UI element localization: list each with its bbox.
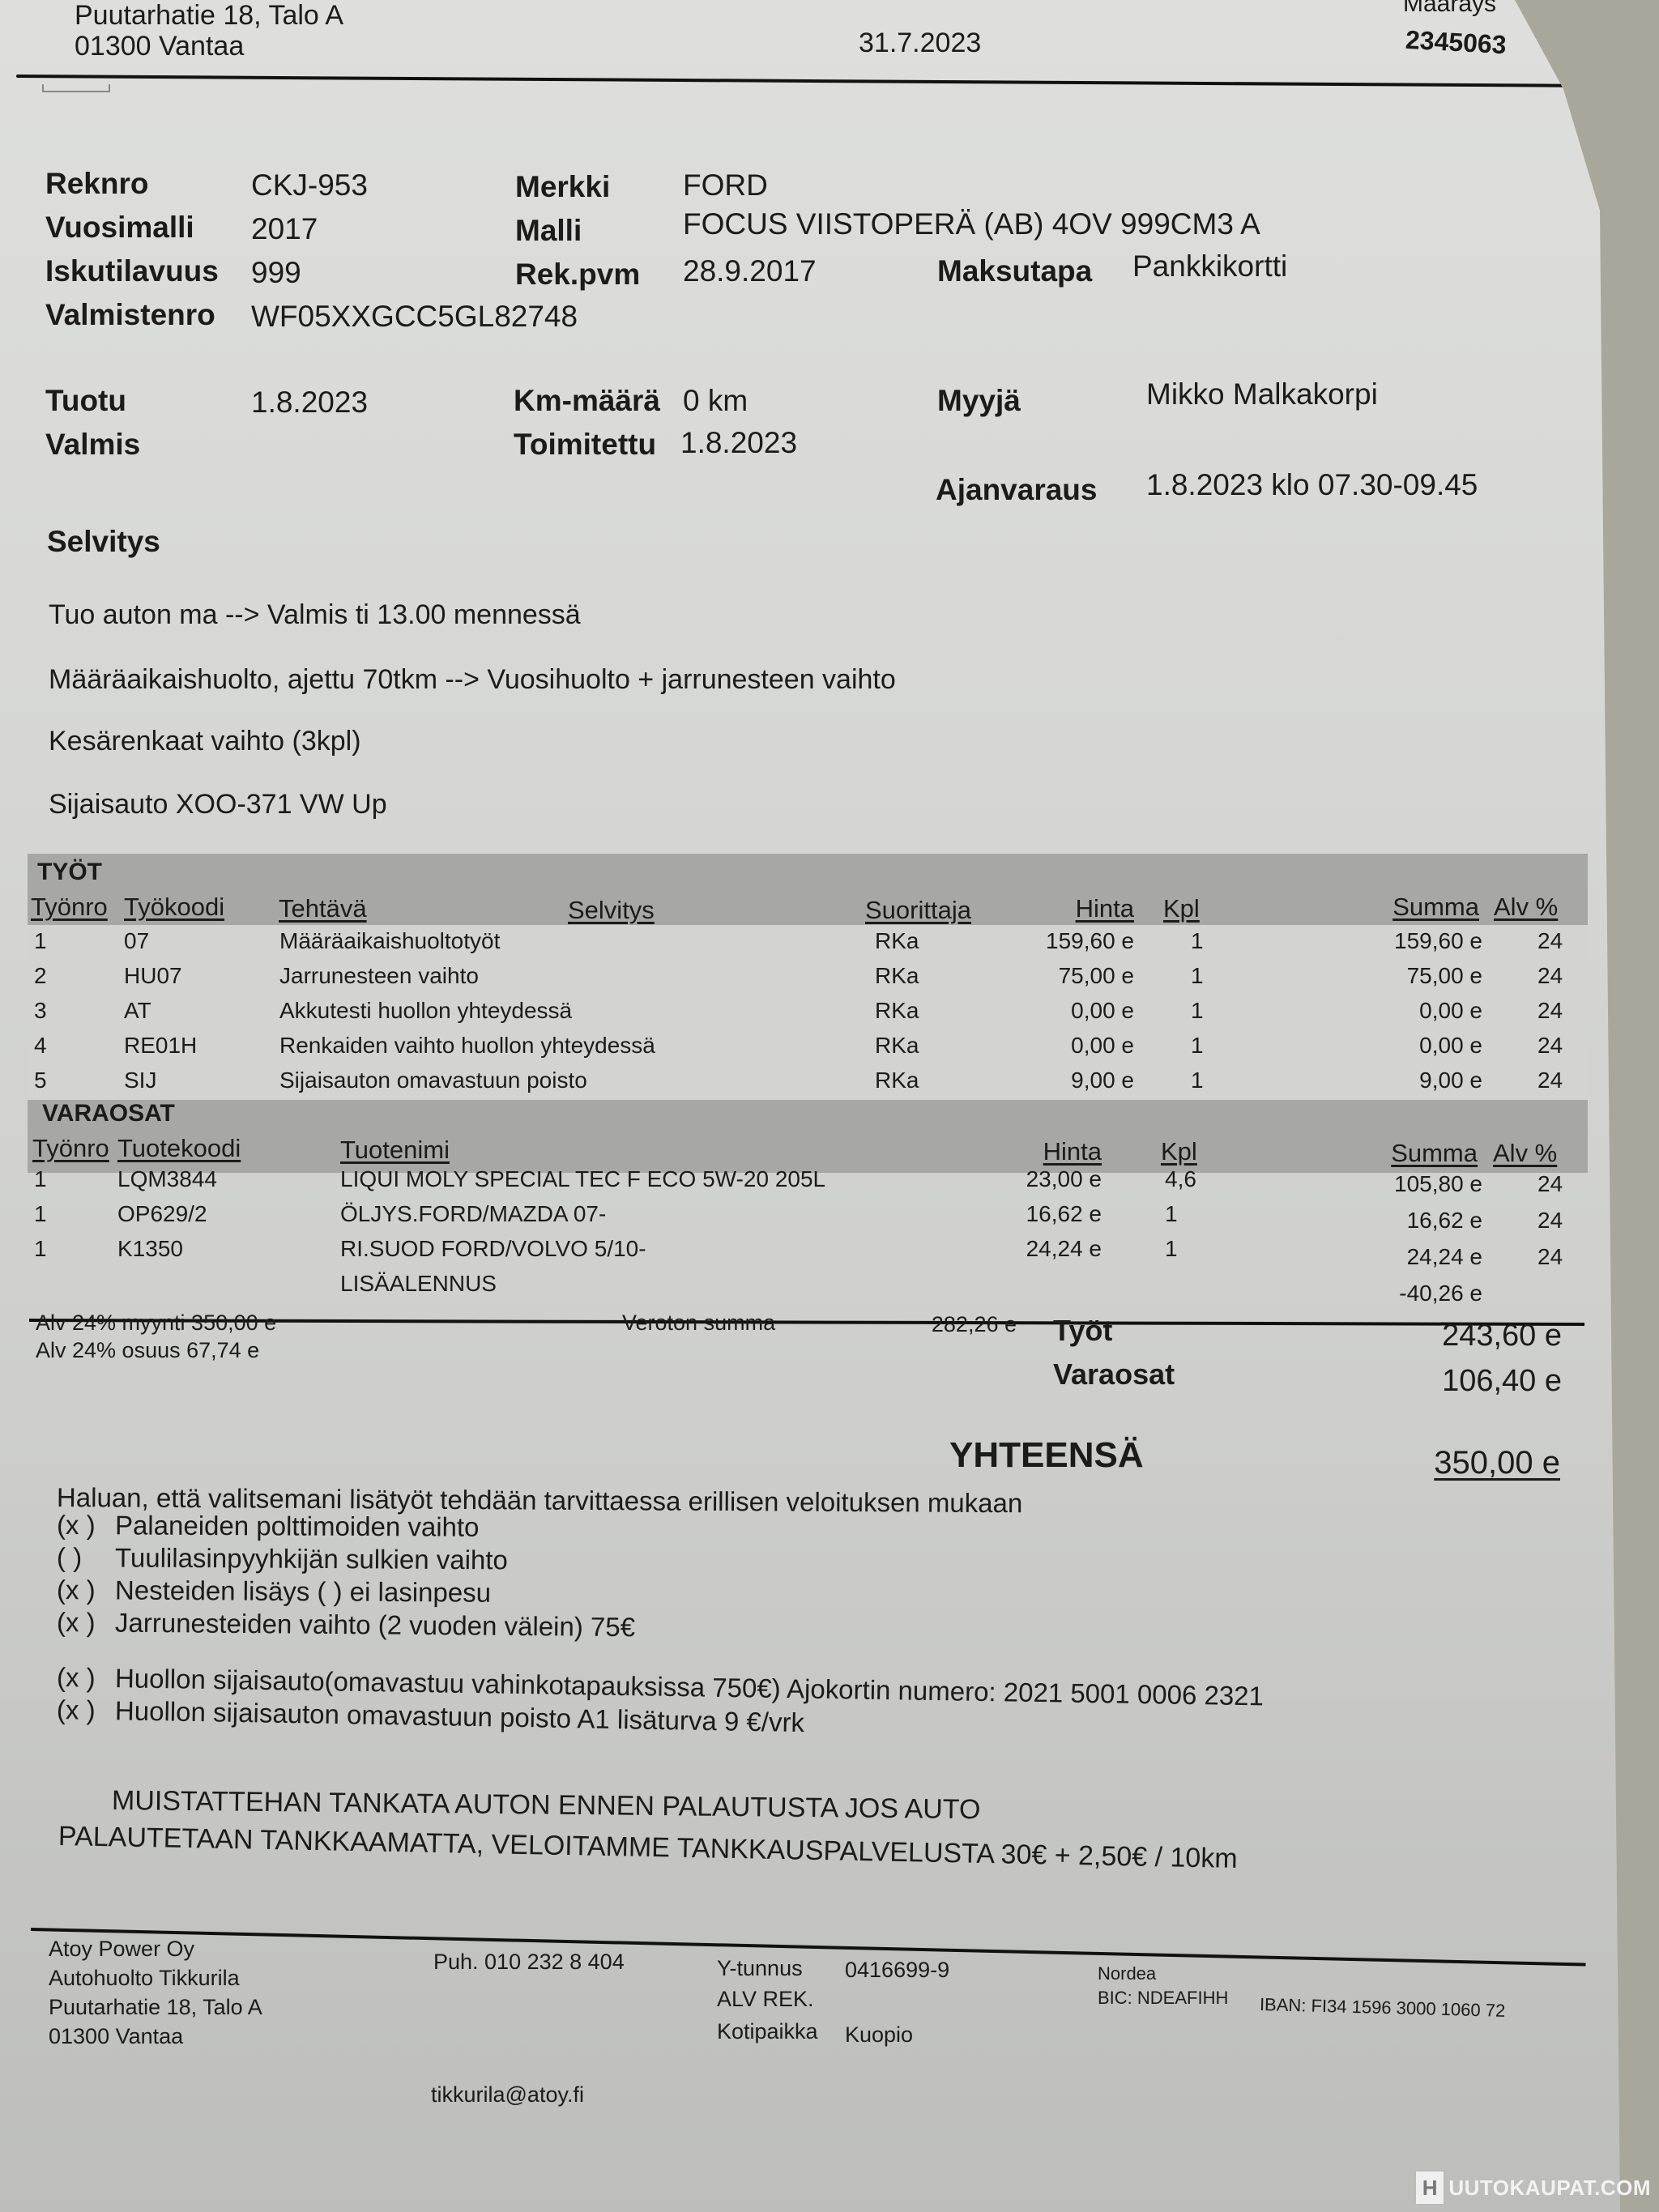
suorittaja-cell: RKa bbox=[875, 928, 919, 954]
koodi-cell: AT bbox=[124, 998, 151, 1024]
varaosat-total-label: Varaosat bbox=[1053, 1357, 1175, 1392]
selvitys-line: Sijaisauto XOO-371 VW Up bbox=[49, 789, 387, 820]
vuosimalli-label: Vuosimalli bbox=[45, 211, 194, 245]
header-address-line1: Puutarhatie 18, Talo A bbox=[75, 0, 343, 31]
varaosat-col-kpl: Kpl bbox=[1161, 1137, 1197, 1166]
varaosat-col-tyonro: Työnro bbox=[32, 1134, 109, 1163]
maksutapa-label: Maksutapa bbox=[937, 254, 1092, 288]
varaosat-section-title: VARAOSAT bbox=[42, 1100, 175, 1127]
valmistenro-value: WF05XXGCC5GL82748 bbox=[251, 300, 578, 334]
tyot-col-kpl: Kpl bbox=[1163, 894, 1200, 923]
koodi-cell: 07 bbox=[124, 928, 149, 954]
hinta-cell: 75,00 e bbox=[972, 963, 1134, 989]
footer-city: 01300 Vantaa bbox=[49, 2022, 262, 2051]
option-item: (x )Nesteiden lisäys ( ) ei lasinpesu bbox=[57, 1575, 491, 1609]
merkki-label: Merkki bbox=[515, 170, 610, 204]
header-address-line2: 01300 Vantaa bbox=[75, 31, 343, 62]
ajanvaraus-label: Ajanvaraus bbox=[936, 473, 1098, 507]
tyot-col-summa: Summa bbox=[1317, 893, 1479, 922]
option-text: Tuulilasinpyyhkijän sulkien vaihto bbox=[115, 1542, 508, 1575]
option-checkbox[interactable]: ( ) bbox=[57, 1542, 115, 1573]
alv-cell: 24 bbox=[1537, 1068, 1563, 1093]
footer-divider bbox=[31, 1928, 1586, 1967]
tyonro-cell: 5 bbox=[34, 1068, 47, 1093]
tyot-col-tyonro: Työnro bbox=[31, 893, 108, 922]
koodi-cell: OP629/2 bbox=[117, 1201, 207, 1227]
summa-cell: 159,60 e bbox=[1320, 928, 1482, 954]
footer-alvrek-label: ALV REK. bbox=[717, 1984, 814, 2014]
order-label: Määräys bbox=[1403, 0, 1496, 18]
koodi-cell: K1350 bbox=[117, 1236, 183, 1262]
koodi-cell: HU07 bbox=[124, 963, 182, 989]
koodi-cell: LQM3844 bbox=[117, 1166, 217, 1192]
vuosimalli-value: 2017 bbox=[251, 212, 318, 246]
tuotenimi-cell: LIQUI MOLY SPECIAL TEC F ECO 5W-20 205L bbox=[340, 1166, 825, 1192]
footer-phone: Puh. 010 232 8 404 bbox=[433, 1947, 625, 1976]
footer-iban: IBAN: FI34 1596 3000 1060 72 bbox=[1260, 1994, 1506, 2022]
maksutapa-value: Pankkikortti bbox=[1132, 249, 1287, 283]
koodi-cell: SIJ bbox=[124, 1068, 156, 1093]
tyonro-cell: 1 bbox=[34, 928, 47, 954]
tyot-section-title: TYÖT bbox=[37, 859, 102, 886]
varaosat-col-alv: Alv % bbox=[1493, 1139, 1557, 1168]
varaosat-col-summa: Summa bbox=[1316, 1139, 1478, 1168]
malli-value: FOCUS VIISTOPERÄ (AB) 4OV 999CM3 A bbox=[683, 207, 1260, 241]
alv-cell: 24 bbox=[1537, 1208, 1563, 1234]
varaosat-col-hinta: Hinta bbox=[940, 1137, 1102, 1166]
hinta-cell: 23,00 e bbox=[940, 1166, 1102, 1192]
hinta-cell: 16,62 e bbox=[940, 1201, 1102, 1227]
footer-email[interactable]: tikkurila@atoy.fi bbox=[431, 2080, 584, 2109]
summa-cell: 24,24 e bbox=[1320, 1244, 1482, 1270]
hinta-cell: 0,00 e bbox=[972, 1033, 1134, 1059]
header-divider bbox=[16, 75, 1572, 87]
myyja-value: Mikko Malkakorpi bbox=[1146, 377, 1378, 411]
alv-cell: 24 bbox=[1537, 1171, 1563, 1197]
tyonro-cell: 1 bbox=[34, 1201, 47, 1227]
tuotenimi-cell: LISÄALENNUS bbox=[340, 1271, 497, 1297]
watermark-text: UUTOKAUPAT.COM bbox=[1448, 2176, 1651, 2201]
iskutilavuus-value: 999 bbox=[251, 256, 301, 290]
tyonro-cell: 1 bbox=[34, 1166, 47, 1192]
watermark-logo-icon: H bbox=[1414, 2170, 1445, 2206]
footer-bank: Nordea bbox=[1098, 1963, 1156, 1984]
toimitettu-value: 1.8.2023 bbox=[680, 426, 797, 460]
tehtava-cell: Akkutesti huollon yhteydessä bbox=[279, 998, 572, 1024]
malli-label: Malli bbox=[515, 214, 582, 248]
reknro-value: CKJ-953 bbox=[251, 168, 368, 202]
selvitys-title: Selvitys bbox=[47, 525, 160, 559]
footer-ytunnus-value: 0416699-9 bbox=[845, 1955, 949, 1984]
summa-cell: 16,62 e bbox=[1320, 1208, 1482, 1234]
tyonro-cell: 4 bbox=[34, 1033, 47, 1059]
hinta-cell: 24,24 e bbox=[940, 1236, 1102, 1262]
option-text: Nesteiden lisäys ( ) ei lasinpesu bbox=[115, 1575, 491, 1608]
option-text: Palaneiden polttimoiden vaihto bbox=[115, 1510, 480, 1541]
grand-total-value: 350,00 e bbox=[1296, 1445, 1560, 1481]
summa-cell: 0,00 e bbox=[1320, 1033, 1482, 1059]
myyja-label: Myyjä bbox=[937, 384, 1021, 418]
kmmaara-label: Km-määrä bbox=[514, 384, 660, 418]
reknro-label: Reknro bbox=[45, 167, 148, 201]
summa-cell: 75,00 e bbox=[1320, 963, 1482, 989]
tyot-col-selvitys: Selvitys bbox=[568, 896, 655, 925]
toimitettu-label: Toimitettu bbox=[514, 428, 656, 462]
koodi-cell: RE01H bbox=[124, 1033, 197, 1059]
option-checkbox[interactable]: (x ) bbox=[57, 1510, 115, 1541]
invoice-paper: Puutarhatie 18, Talo A 01300 Vantaa 31.7… bbox=[0, 0, 1620, 2212]
header-address: Puutarhatie 18, Talo A 01300 Vantaa bbox=[75, 0, 343, 62]
rekpvm-value: 28.9.2017 bbox=[683, 254, 817, 288]
summa-cell: 105,80 e bbox=[1320, 1171, 1482, 1197]
kpl-cell: 1 bbox=[1165, 1236, 1178, 1262]
option-item: (x )Palaneiden polttimoiden vaihto bbox=[57, 1510, 480, 1543]
tyot-col-suorittaja: Suorittaja bbox=[865, 896, 971, 925]
suorittaja-cell: RKa bbox=[875, 1068, 919, 1093]
tuotu-value: 1.8.2023 bbox=[251, 386, 368, 420]
valmistenro-label: Valmistenro bbox=[45, 298, 215, 332]
option-item: ( )Tuulilasinpyyhkijän sulkien vaihto bbox=[57, 1542, 508, 1575]
selvitys-line: Määräaikaishuolto, ajettu 70tkm --> Vuos… bbox=[49, 664, 896, 696]
alv-cell: 24 bbox=[1537, 1244, 1563, 1270]
summa-cell: 0,00 e bbox=[1320, 998, 1482, 1024]
header-tab-mark bbox=[42, 84, 110, 92]
footer-company: Atoy Power Oy bbox=[49, 1934, 262, 1963]
footer-kotipaikka-value: Kuopio bbox=[845, 2020, 913, 2049]
alv-cell: 24 bbox=[1537, 928, 1563, 954]
tyot-col-hinta: Hinta bbox=[972, 894, 1134, 923]
tehtava-cell: Sijaisauton omavastuun poisto bbox=[279, 1068, 587, 1093]
hinta-cell: 0,00 e bbox=[972, 998, 1134, 1024]
kpl-cell: 4,6 bbox=[1165, 1166, 1196, 1192]
footer-kotipaikka-label: Kotipaikka bbox=[717, 2017, 818, 2046]
footer-street: Puutarhatie 18, Talo A bbox=[49, 1993, 262, 2022]
option-text: Jarrunesteiden vaihto (2 vuoden välein) … bbox=[115, 1608, 635, 1643]
kpl-cell: 1 bbox=[1191, 928, 1204, 954]
hinta-cell: 9,00 e bbox=[972, 1068, 1134, 1093]
footer-branch: Autohuolto Tikkurila bbox=[49, 1963, 262, 1993]
notice-line2: PALAUTETAAN TANKKAAMATTA, VELOITAMME TAN… bbox=[58, 1821, 1238, 1875]
alv-cell: 24 bbox=[1537, 998, 1563, 1024]
veroton-value: 282,26 e bbox=[851, 1312, 1017, 1337]
tuotu-label: Tuotu bbox=[45, 384, 126, 418]
footer-bic: BIC: NDEAFIHH bbox=[1098, 1988, 1228, 2009]
tehtava-cell: Renkaiden vaihto huollon yhteydessä bbox=[279, 1033, 655, 1059]
footer-ytunnus-label: Y-tunnus bbox=[717, 1954, 803, 1983]
kpl-cell: 1 bbox=[1191, 1068, 1204, 1093]
merkki-value: FORD bbox=[683, 168, 768, 202]
veroton-label: Veroton summa bbox=[622, 1311, 775, 1336]
tehtava-cell: Jarrunesteen vaihto bbox=[279, 963, 479, 989]
iskutilavuus-label: Iskutilavuus bbox=[45, 254, 219, 288]
tuotenimi-cell: ÖLJYS.FORD/MAZDA 07- bbox=[340, 1201, 606, 1227]
footer-company-block: Atoy Power Oy Autohuolto Tikkurila Puuta… bbox=[49, 1934, 262, 2051]
suorittaja-cell: RKa bbox=[875, 998, 919, 1024]
tyot-col-tehtava: Tehtävä bbox=[279, 894, 367, 923]
selvitys-line: Kesärenkaat vaihto (3kpl) bbox=[49, 726, 361, 757]
grand-total-label: YHTEENSÄ bbox=[949, 1435, 1144, 1476]
summa-cell: 9,00 e bbox=[1320, 1068, 1482, 1093]
tehtava-cell: Määräaikaishuoltotyöt bbox=[279, 928, 500, 954]
tyonro-cell: 1 bbox=[34, 1236, 47, 1262]
tyot-col-alv: Alv % bbox=[1494, 893, 1558, 922]
tyot-col-tyokoodi: Työkoodi bbox=[124, 893, 224, 922]
kpl-cell: 1 bbox=[1165, 1201, 1178, 1227]
rekpvm-label: Rek.pvm bbox=[515, 258, 640, 292]
suorittaja-cell: RKa bbox=[875, 963, 919, 989]
kpl-cell: 1 bbox=[1191, 963, 1204, 989]
varaosat-total-value: 106,40 e bbox=[1296, 1364, 1562, 1399]
alv-myynti: Alv 24% myynti 350,00 e bbox=[36, 1311, 276, 1336]
kpl-cell: 1 bbox=[1191, 998, 1204, 1024]
alv-cell: 24 bbox=[1537, 963, 1563, 989]
kmmaara-value: 0 km bbox=[683, 384, 748, 418]
hinta-cell: 159,60 e bbox=[972, 928, 1134, 954]
alv-osuus: Alv 24% osuus 67,74 e bbox=[36, 1338, 259, 1363]
valmis-label: Valmis bbox=[45, 428, 140, 462]
selvitys-line: Tuo auton ma --> Valmis ti 13.00 menness… bbox=[49, 599, 581, 631]
ajanvaraus-value: 1.8.2023 klo 07.30-09.45 bbox=[1146, 468, 1478, 502]
tyot-total-label: Työt bbox=[1053, 1314, 1112, 1348]
varaosat-col-tuotenimi: Tuotenimi bbox=[340, 1136, 450, 1165]
option-checkbox[interactable]: (x ) bbox=[57, 1694, 116, 1726]
summa-cell: -40,26 e bbox=[1320, 1281, 1482, 1306]
watermark: H UUTOKAUPAT.COM bbox=[1414, 2170, 1651, 2206]
alv-cell: 24 bbox=[1537, 1033, 1563, 1059]
option-checkbox[interactable]: (x ) bbox=[57, 1575, 115, 1606]
varaosat-col-tuotekoodi: Tuotekoodi bbox=[117, 1134, 241, 1163]
order-number: 2345063 bbox=[1405, 25, 1507, 60]
tuotenimi-cell: RI.SUOD FORD/VOLVO 5/10- bbox=[340, 1236, 646, 1262]
tyonro-cell: 3 bbox=[34, 998, 47, 1024]
notice-line1: MUISTATTEHAN TANKATA AUTON ENNEN PALAUTU… bbox=[112, 1785, 981, 1826]
option-checkbox[interactable]: (x ) bbox=[57, 1662, 116, 1694]
option-checkbox[interactable]: (x ) bbox=[57, 1607, 115, 1639]
tyot-total-value: 243,60 e bbox=[1296, 1319, 1562, 1353]
option-item: (x )Jarrunesteiden vaihto (2 vuoden väle… bbox=[57, 1607, 635, 1643]
header-date: 31.7.2023 bbox=[859, 28, 981, 59]
tyonro-cell: 2 bbox=[34, 963, 47, 989]
suorittaja-cell: RKa bbox=[875, 1033, 919, 1059]
kpl-cell: 1 bbox=[1191, 1033, 1204, 1059]
